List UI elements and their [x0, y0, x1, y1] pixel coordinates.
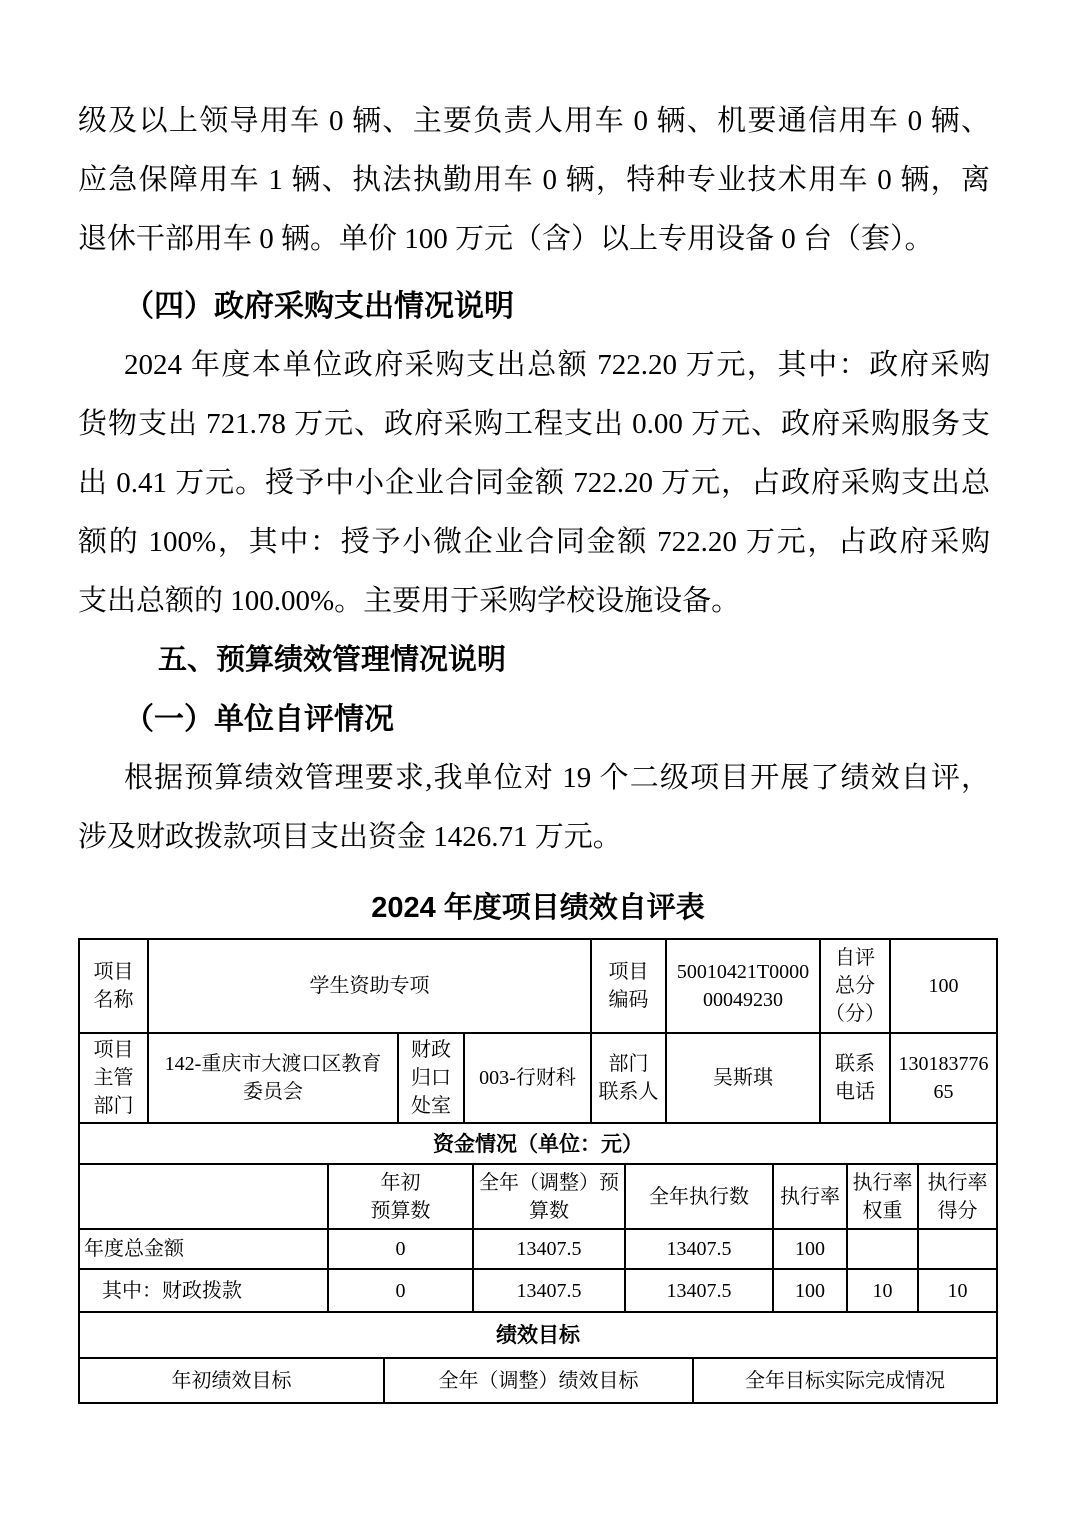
col-header-actual-completion: 全年目标实际完成情况: [694, 1359, 998, 1404]
label-project-name: 项目 名称: [80, 940, 149, 1034]
table-row: 其中：财政拨款 0 13407.5 13407.5 100 10 10: [80, 1270, 998, 1313]
value-supervising-dept: 142-重庆市大渡口区教育 委员会: [149, 1034, 399, 1124]
document-content: 级及以上领导用车 0 辆、主要负责人用车 0 辆、机要通信用车 0 辆、 应急保…: [78, 92, 990, 1404]
annual-total-weight: [848, 1230, 919, 1270]
label-dept-contact: 部门 联系人: [592, 1034, 667, 1124]
table-row: 资金情况（单位：元）: [80, 1124, 998, 1165]
col-header-rate-weight: 执行率 权重: [848, 1165, 919, 1230]
section-performance-goal-header: 绩效目标: [80, 1313, 998, 1359]
label-project-code: 项目 编码: [592, 940, 667, 1034]
fiscal-score: 10: [919, 1270, 998, 1313]
label-supervising-dept: 项目 主管 部门: [80, 1034, 149, 1124]
row-label-fiscal-allocation: 其中：财政拨款: [80, 1270, 329, 1313]
annual-total-executed: 13407.5: [626, 1230, 774, 1270]
table-row: 项目 名称 学生资助专项 项目 编码 50010421T0000 0004923…: [80, 940, 998, 1034]
fiscal-initial: 0: [329, 1270, 474, 1313]
funds-header-blank: [80, 1165, 329, 1230]
value-project-code: 50010421T0000 00049230: [667, 940, 821, 1034]
fiscal-weight: 10: [848, 1270, 919, 1313]
value-self-eval-score: 100: [891, 940, 998, 1034]
col-header-execution-rate: 执行率: [774, 1165, 848, 1230]
body-line: 额的 100%，其中：授予小微企业合同金额 722.20 万元，占政府采购: [78, 513, 990, 572]
fiscal-rate: 100: [774, 1270, 848, 1313]
col-header-executed: 全年执行数: [626, 1165, 774, 1230]
body-line: 涉及财政拨款项目支出资金 1426.71 万元。: [78, 808, 990, 867]
table-row: 年度总金额 0 13407.5 13407.5 100: [80, 1230, 998, 1270]
body-line: 应急保障用车 1 辆、执法执勤用车 0 辆，特种专业技术用车 0 辆，离: [78, 151, 990, 210]
table-title: 2024 年度项目绩效自评表: [78, 879, 998, 938]
annual-total-rate: 100: [774, 1230, 848, 1270]
table-row: 绩效目标: [80, 1313, 998, 1359]
col-header-initial-goal: 年初绩效目标: [80, 1359, 385, 1404]
table-row: 年初 预算数 全年（调整）预 算数 全年执行数 执行率 执行率 权重 执行率 得…: [80, 1165, 998, 1230]
label-finance-office: 财政 归口 处室: [399, 1034, 465, 1124]
body-line: 出 0.41 万元。授予中小企业合同金额 722.20 万元，占政府采购支出总: [78, 454, 990, 513]
body-line: 货物支出 721.78 万元、政府采购工程支出 0.00 万元、政府采购服务支: [78, 395, 990, 454]
col-header-adjusted-budget: 全年（调整）预 算数: [474, 1165, 626, 1230]
col-header-adjusted-goal: 全年（调整）绩效目标: [385, 1359, 694, 1404]
col-header-rate-score: 执行率 得分: [919, 1165, 998, 1230]
body-line: 2024 年度本单位政府采购支出总额 722.20 万元，其中：政府采购: [78, 336, 990, 395]
value-project-name: 学生资助专项: [149, 940, 592, 1034]
value-finance-office: 003-行财科: [465, 1034, 592, 1124]
fiscal-executed: 13407.5: [626, 1270, 774, 1313]
body-line: 退休干部用车 0 辆。单价 100 万元（含）以上专用设备 0 台（套）。: [78, 210, 990, 269]
annual-total-score: [919, 1230, 998, 1270]
annual-total-initial: 0: [329, 1230, 474, 1270]
table-row: 年初绩效目标 全年（调整）绩效目标 全年目标实际完成情况: [80, 1359, 998, 1404]
row-label-annual-total: 年度总金额: [80, 1230, 329, 1270]
body-line: 级及以上领导用车 0 辆、主要负责人用车 0 辆、机要通信用车 0 辆、: [78, 92, 990, 151]
col-header-initial-budget: 年初 预算数: [329, 1165, 474, 1230]
value-contact-phone: 130183776 65: [891, 1034, 998, 1124]
section-funds-header: 资金情况（单位：元）: [80, 1124, 998, 1165]
value-dept-contact: 吴斯琪: [667, 1034, 821, 1124]
document-page: 级及以上领导用车 0 辆、主要负责人用车 0 辆、机要通信用车 0 辆、 应急保…: [0, 0, 1074, 1520]
section-heading-5: 五、预算绩效管理情况说明: [78, 631, 990, 690]
subsection-heading-5-1: （一）单位自评情况: [78, 690, 990, 749]
label-self-eval-score: 自评 总分 （分）: [821, 940, 891, 1034]
body-line: 支出总额的 100.00%。主要用于采购学校设施设备。: [78, 572, 990, 631]
section-heading-4: （四）政府采购支出情况说明: [78, 277, 990, 336]
annual-total-adjusted: 13407.5: [474, 1230, 626, 1270]
label-contact-phone: 联系 电话: [821, 1034, 891, 1124]
body-line: 根据预算绩效管理要求,我单位对 19 个二级项目开展了绩效自评，: [78, 749, 990, 808]
table-row: 项目 主管 部门 142-重庆市大渡口区教育 委员会 财政 归口 处室 003-…: [80, 1034, 998, 1124]
self-evaluation-table: 项目 名称 学生资助专项 项目 编码 50010421T0000 0004923…: [78, 938, 998, 1404]
fiscal-adjusted: 13407.5: [474, 1270, 626, 1313]
